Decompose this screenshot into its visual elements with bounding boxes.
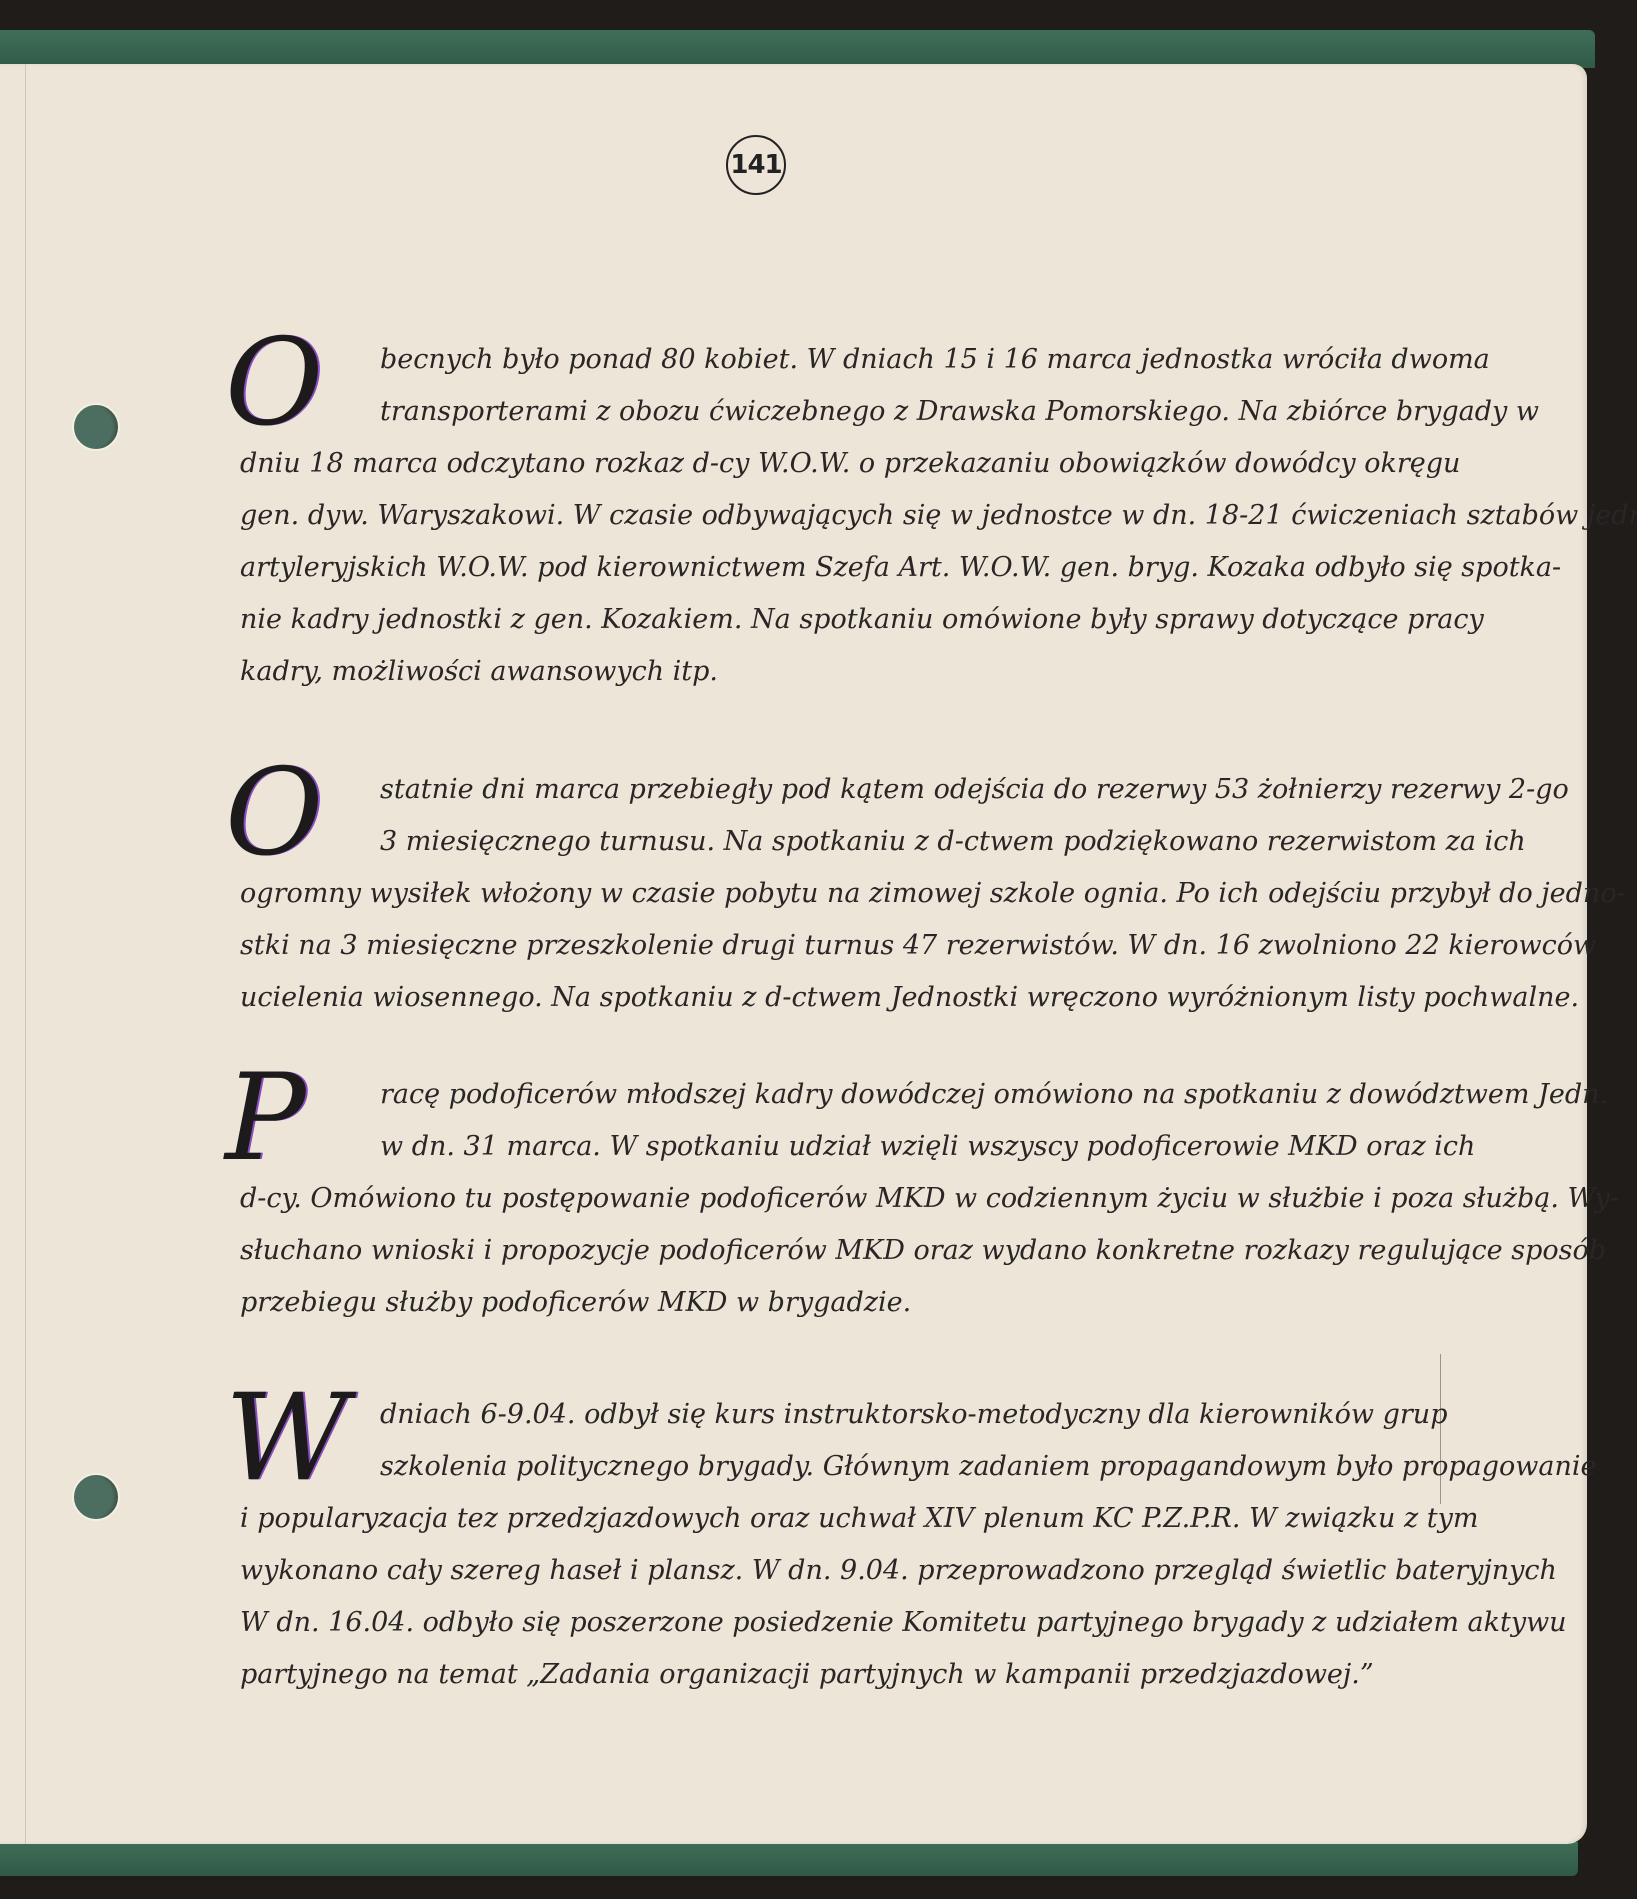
text-line: transporterami z obozu ćwiczebnego z Dra… [240, 386, 1440, 438]
text-line: w dn. 31 marca. W spotkaniu udział wzięl… [240, 1121, 1440, 1173]
text-line: W dn. 16.04. odbyło się poszerzone posie… [240, 1597, 1440, 1649]
punch-hole-icon [72, 403, 120, 451]
binder-cover-top [0, 30, 1595, 68]
drop-cap: O [225, 324, 323, 444]
text-line: ogromny wysiłek włożony w czasie pobytu … [240, 868, 1440, 920]
text-line: przebiegu służby podoficerów MKD w bryga… [240, 1277, 1440, 1329]
text-line: becnych było ponad 80 kobiet. W dniach 1… [240, 334, 1440, 386]
text-line: d-cy. Omówiono tu postępowanie podoficer… [240, 1173, 1440, 1225]
text-line: statnie dni marca przebiegły pod kątem o… [240, 764, 1440, 816]
document-page: 141 O becnych było ponad 80 kobiet. W dn… [0, 64, 1587, 1844]
text-line: wykonano cały szereg haseł i plansz. W d… [240, 1545, 1440, 1597]
text-line: słuchano wnioski i propozycje podoficeró… [240, 1225, 1440, 1277]
drop-cap: W [225, 1379, 348, 1499]
text-line: szkolenia politycznego brygady. Głównym … [240, 1441, 1440, 1493]
page-number: 141 [726, 135, 786, 195]
text-line: nie kadry jednostki z gen. Kozakiem. Na … [240, 594, 1440, 646]
paragraph: O statnie dni marca przebiegły pod kątem… [240, 764, 1440, 1024]
text-line: partyjnego na temat „Zadania organizacji… [240, 1649, 1440, 1701]
text-line: gen. dyw. Waryszakowi. W czasie odbywają… [240, 490, 1440, 542]
paragraph: P racę podoficerów młodszej kadry dowódc… [240, 1069, 1440, 1329]
punch-hole-icon [72, 1473, 120, 1521]
paragraph: W dniach 6-9.04. odbył się kurs instrukt… [240, 1389, 1440, 1701]
drop-cap: P [225, 1059, 306, 1179]
text-line: i popularyzacja tez przedzjazdowych oraz… [240, 1493, 1440, 1545]
text-line: stki na 3 miesięczne przeszkolenie drugi… [240, 920, 1440, 972]
text-line: dniach 6-9.04. odbył się kurs instruktor… [240, 1389, 1440, 1441]
page-fold-line [25, 64, 26, 1844]
text-line: artyleryjskich W.O.W. pod kierownictwem … [240, 542, 1440, 594]
binder-cover-bottom [0, 1842, 1578, 1876]
paragraph: O becnych było ponad 80 kobiet. W dniach… [240, 334, 1440, 698]
text-line: racę podoficerów młodszej kadry dowódcze… [240, 1069, 1440, 1121]
text-line: 3 miesięcznego turnusu. Na spotkaniu z d… [240, 816, 1440, 868]
text-line: dniu 18 marca odczytano rozkaz d-cy W.O.… [240, 438, 1440, 490]
drop-cap: O [225, 754, 323, 874]
text-line: ucielenia wiosennego. Na spotkaniu z d-c… [240, 972, 1440, 1024]
text-line: kadry, możliwości awansowych itp. [240, 646, 1440, 698]
